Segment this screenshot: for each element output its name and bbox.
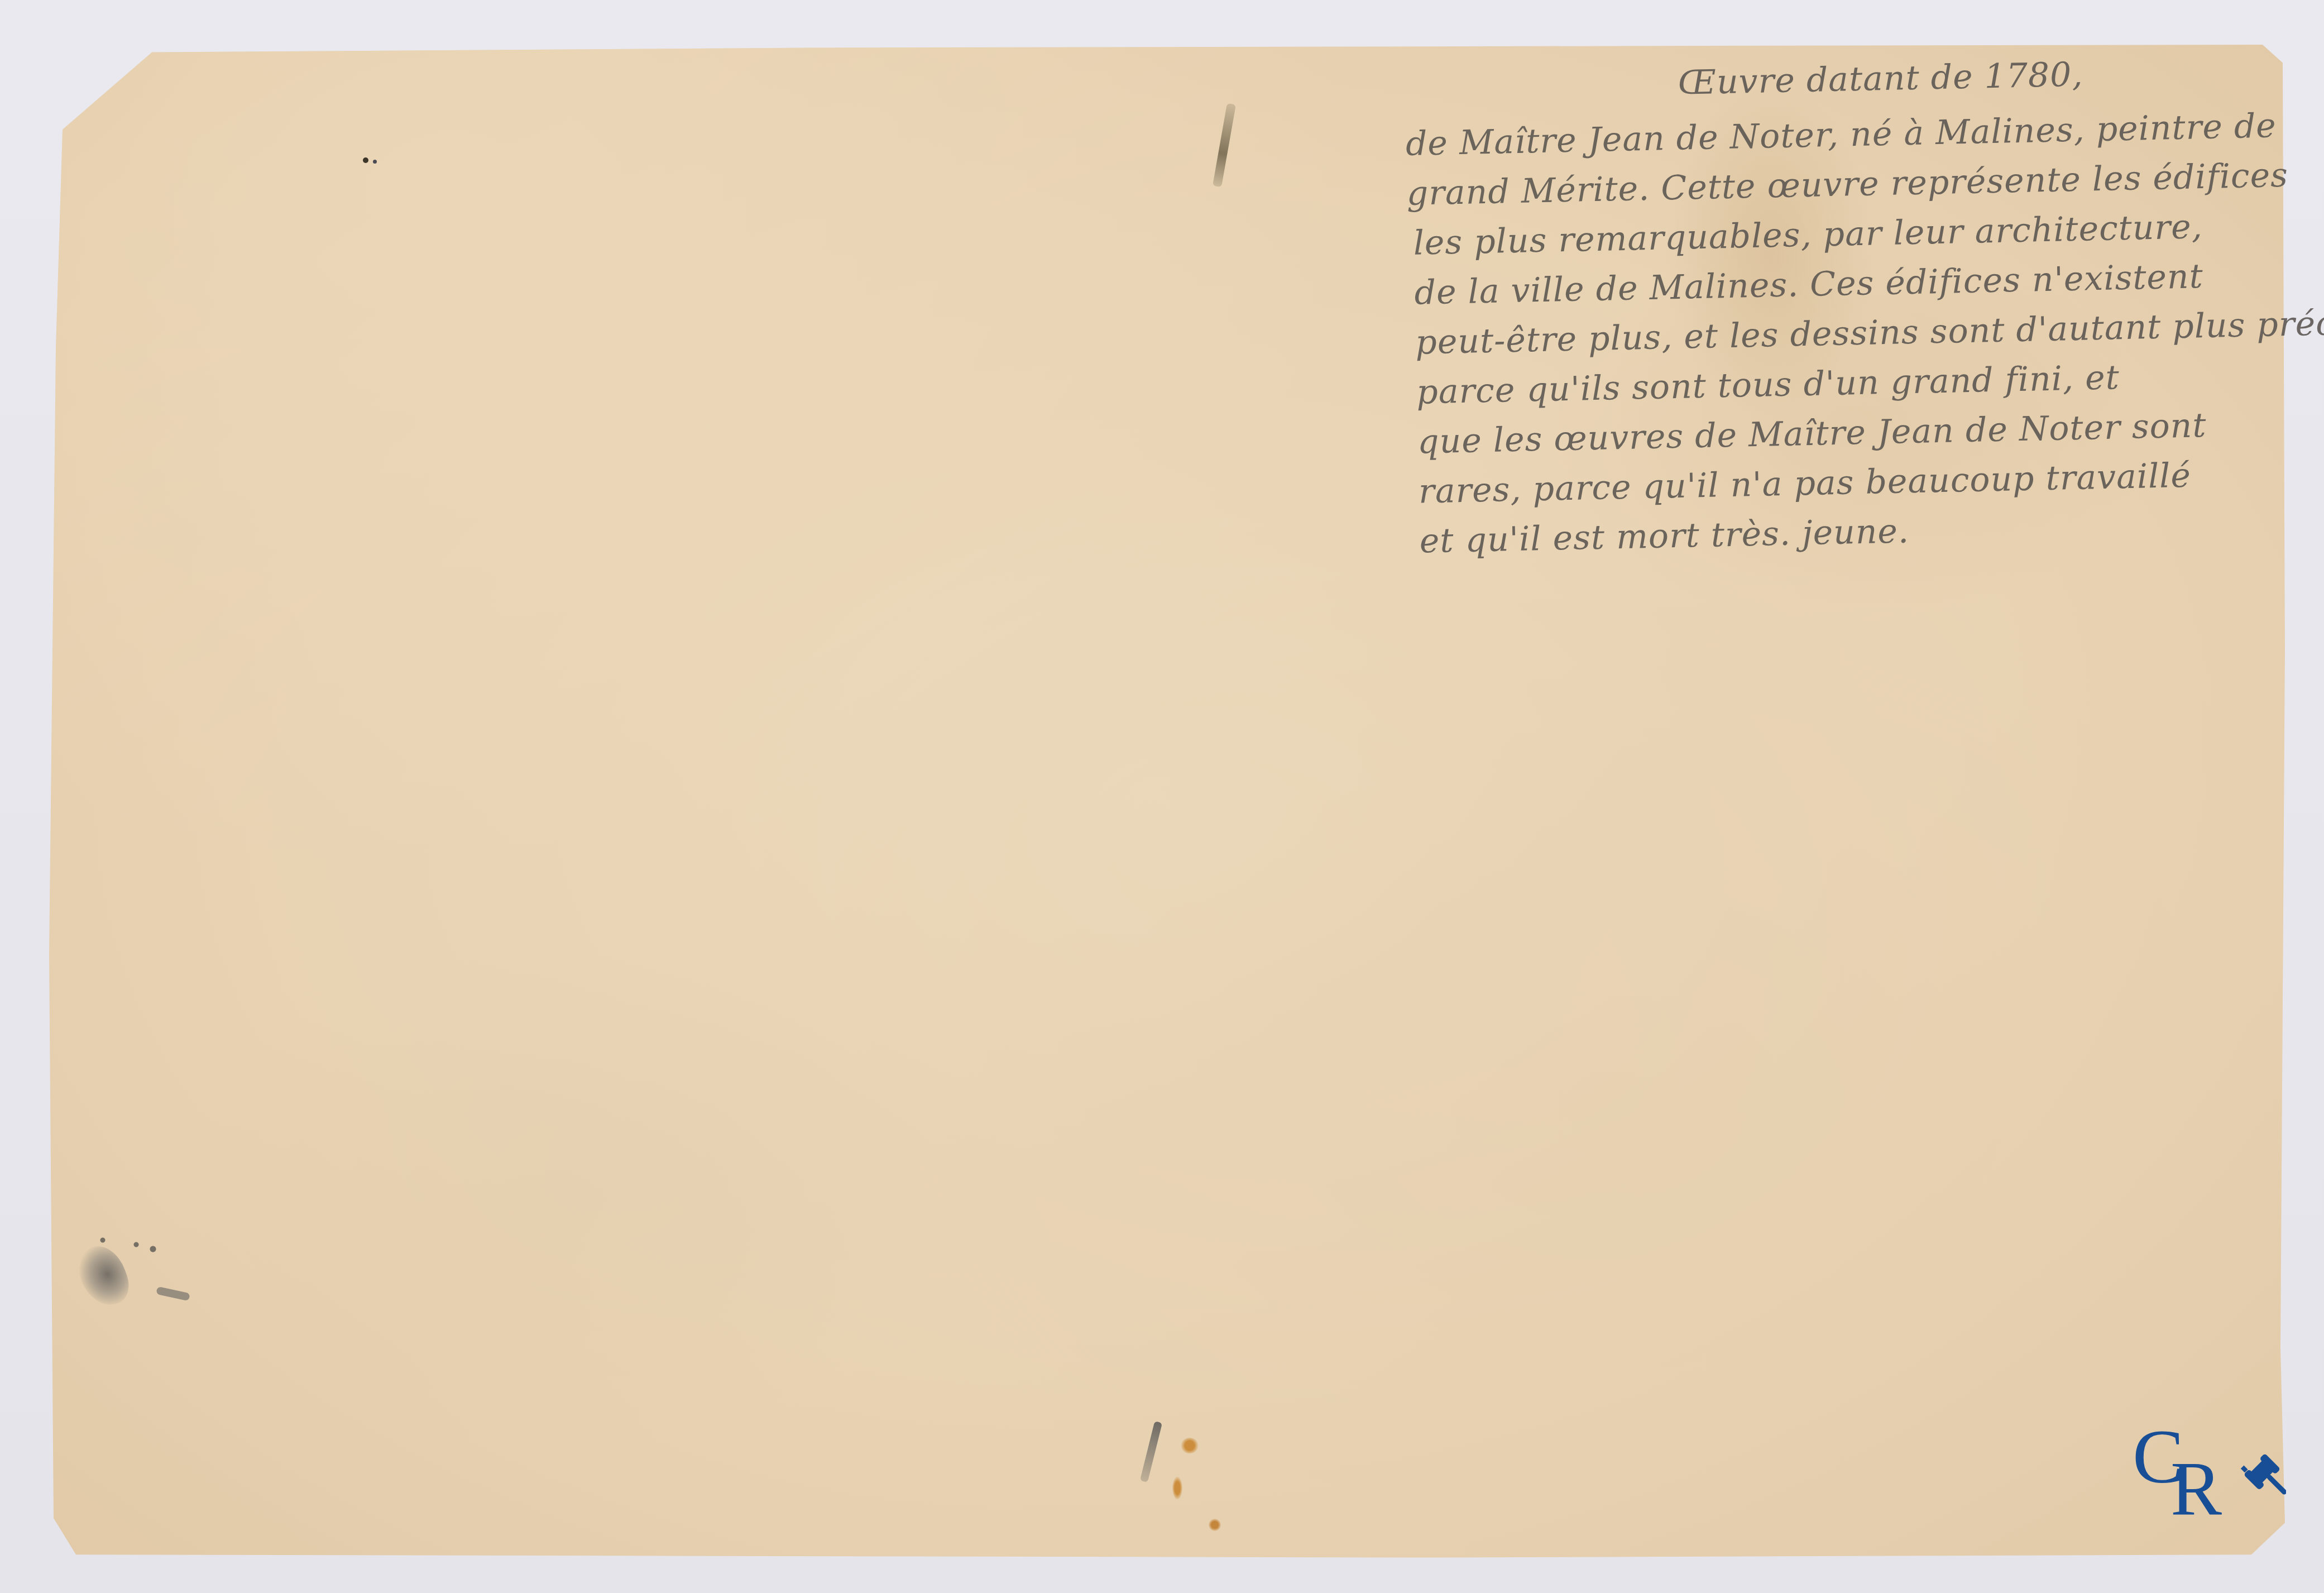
logo-letter-r: R	[2170, 1451, 2222, 1528]
gavel-icon	[2225, 1452, 2286, 1513]
watermark-logo: C R	[2133, 1418, 2300, 1563]
handwritten-annotation: Œuvre datant de 1780, de Maître Jean de …	[1404, 46, 2285, 566]
